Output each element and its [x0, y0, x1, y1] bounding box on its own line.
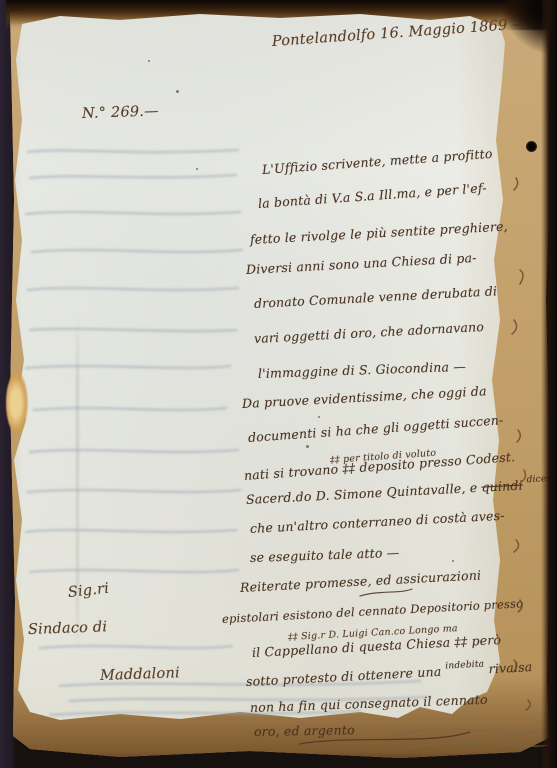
paper-speck	[176, 90, 179, 93]
recipient-title: Sindaco di	[28, 619, 108, 638]
paper-speck	[306, 445, 309, 448]
paper-damage-spot	[6, 372, 28, 434]
line-segment: rivalsa	[484, 659, 533, 676]
book-edge-right	[541, 0, 557, 768]
paper-crease	[76, 315, 79, 655]
scanned-manuscript: Pontelandolfo 16. Maggio 1869 — N.° 269.…	[0, 0, 557, 768]
paper-speck	[148, 60, 150, 62]
recipient-place: Maddaloni	[100, 665, 180, 684]
manuscript-line: oro, ed argento	[254, 722, 355, 739]
paper-speck	[318, 416, 320, 418]
inserted-word: indebita	[445, 660, 484, 672]
worm-hole	[526, 141, 537, 152]
paper-speck	[452, 560, 454, 562]
struck-word: quindi	[481, 478, 523, 495]
paper-speck	[196, 168, 198, 170]
protocol-number: N.° 269.—	[82, 103, 159, 122]
